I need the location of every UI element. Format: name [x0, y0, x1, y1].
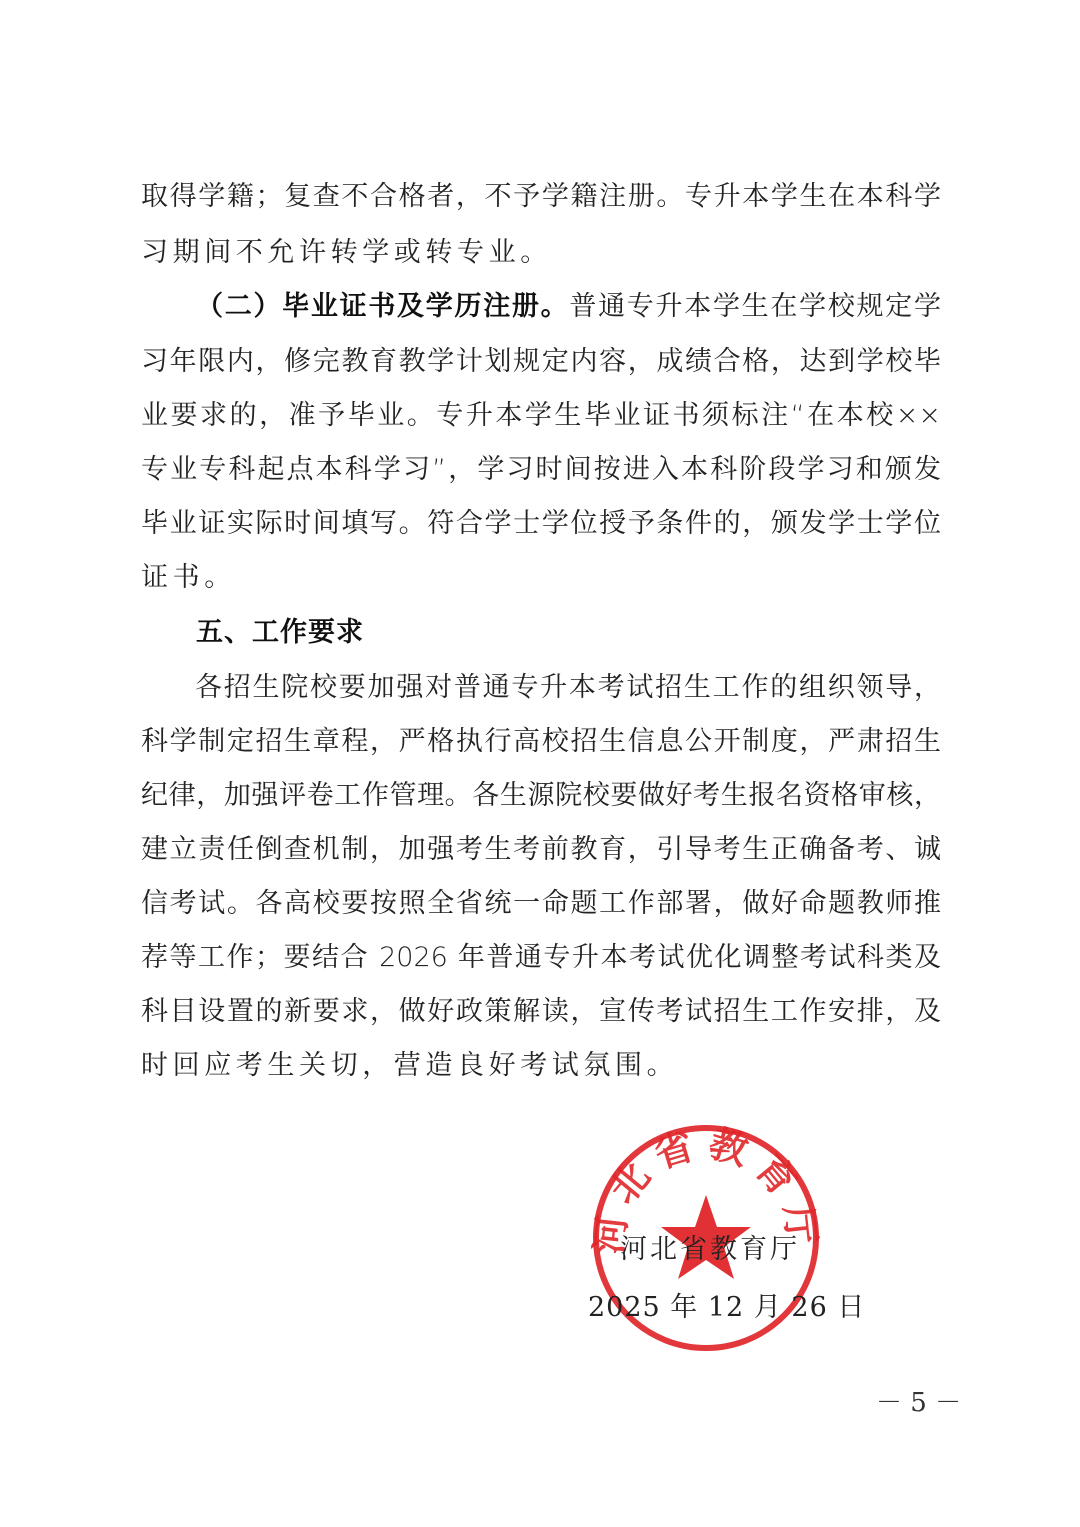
page-number: － 5 － [876, 1386, 961, 1420]
issuer-name: 河北省教育厅 [620, 1232, 800, 1268]
subsection-title: （二）毕业证书及学历注册。 [196, 291, 569, 322]
paragraph-line: 科学制定招生章程，严格执行高校招生信息公开制度，严肃招生 [141, 722, 941, 762]
document-page: 取得学籍；复查不合格者，不予学籍注册。专升本学生在本科学 习期间不允许转学或转专… [0, 0, 1080, 1527]
paragraph-line: 各招生院校要加强对普通专升本考试招生工作的组织领导， [195, 668, 941, 708]
paragraph-line: 时回应考生关切，营造良好考试氛围。 [141, 1046, 941, 1086]
paragraph-line: 信考试。各高校要按照全省统一命题工作部署，做好命题教师推 [141, 884, 941, 924]
paragraph-line: 毕业证实际时间填写。符合学士学位授予条件的，颁发学士学位 [141, 504, 941, 544]
paragraph-line: 习年限内，修完教育教学计划规定内容，成绩合格，达到学校毕 [141, 342, 941, 382]
paragraph-line: 专业专科起点本科学习”，学习时间按进入本科阶段学习和颁发 [141, 450, 941, 490]
paragraph-line: 荐等工作；要结合 2026 年普通专升本考试优化调整考试科类及 [141, 938, 941, 978]
paragraph-line: 业要求的，准予毕业。专升本学生毕业证书须标注“在本校×× [141, 396, 941, 436]
subsection-text: 普通专升本学生在学校规定学 [569, 291, 941, 322]
paragraph-line: 习期间不允许转学或转专业。 [141, 233, 941, 273]
issue-date: 2025 年 12 月 26 日 [588, 1290, 865, 1326]
paragraph-line: 纪律，加强评卷工作管理。各生源院校要做好考生报名资格审核， [141, 776, 941, 816]
paragraph-line: 证书。 [141, 558, 941, 598]
paragraph-line: 建立责任倒查机制，加强考生考前教育，引导考生正确备考、诚 [141, 830, 941, 870]
section-heading: 五、工作要求 [196, 613, 364, 653]
paragraph-line: 科目设置的新要求，做好政策解读，宣传考试招生工作安排，及 [141, 992, 941, 1032]
paragraph-line: 取得学籍；复查不合格者，不予学籍注册。专升本学生在本科学 [141, 177, 941, 217]
subsection-two-first-line: （二）毕业证书及学历注册。普通专升本学生在学校规定学 [196, 287, 941, 327]
